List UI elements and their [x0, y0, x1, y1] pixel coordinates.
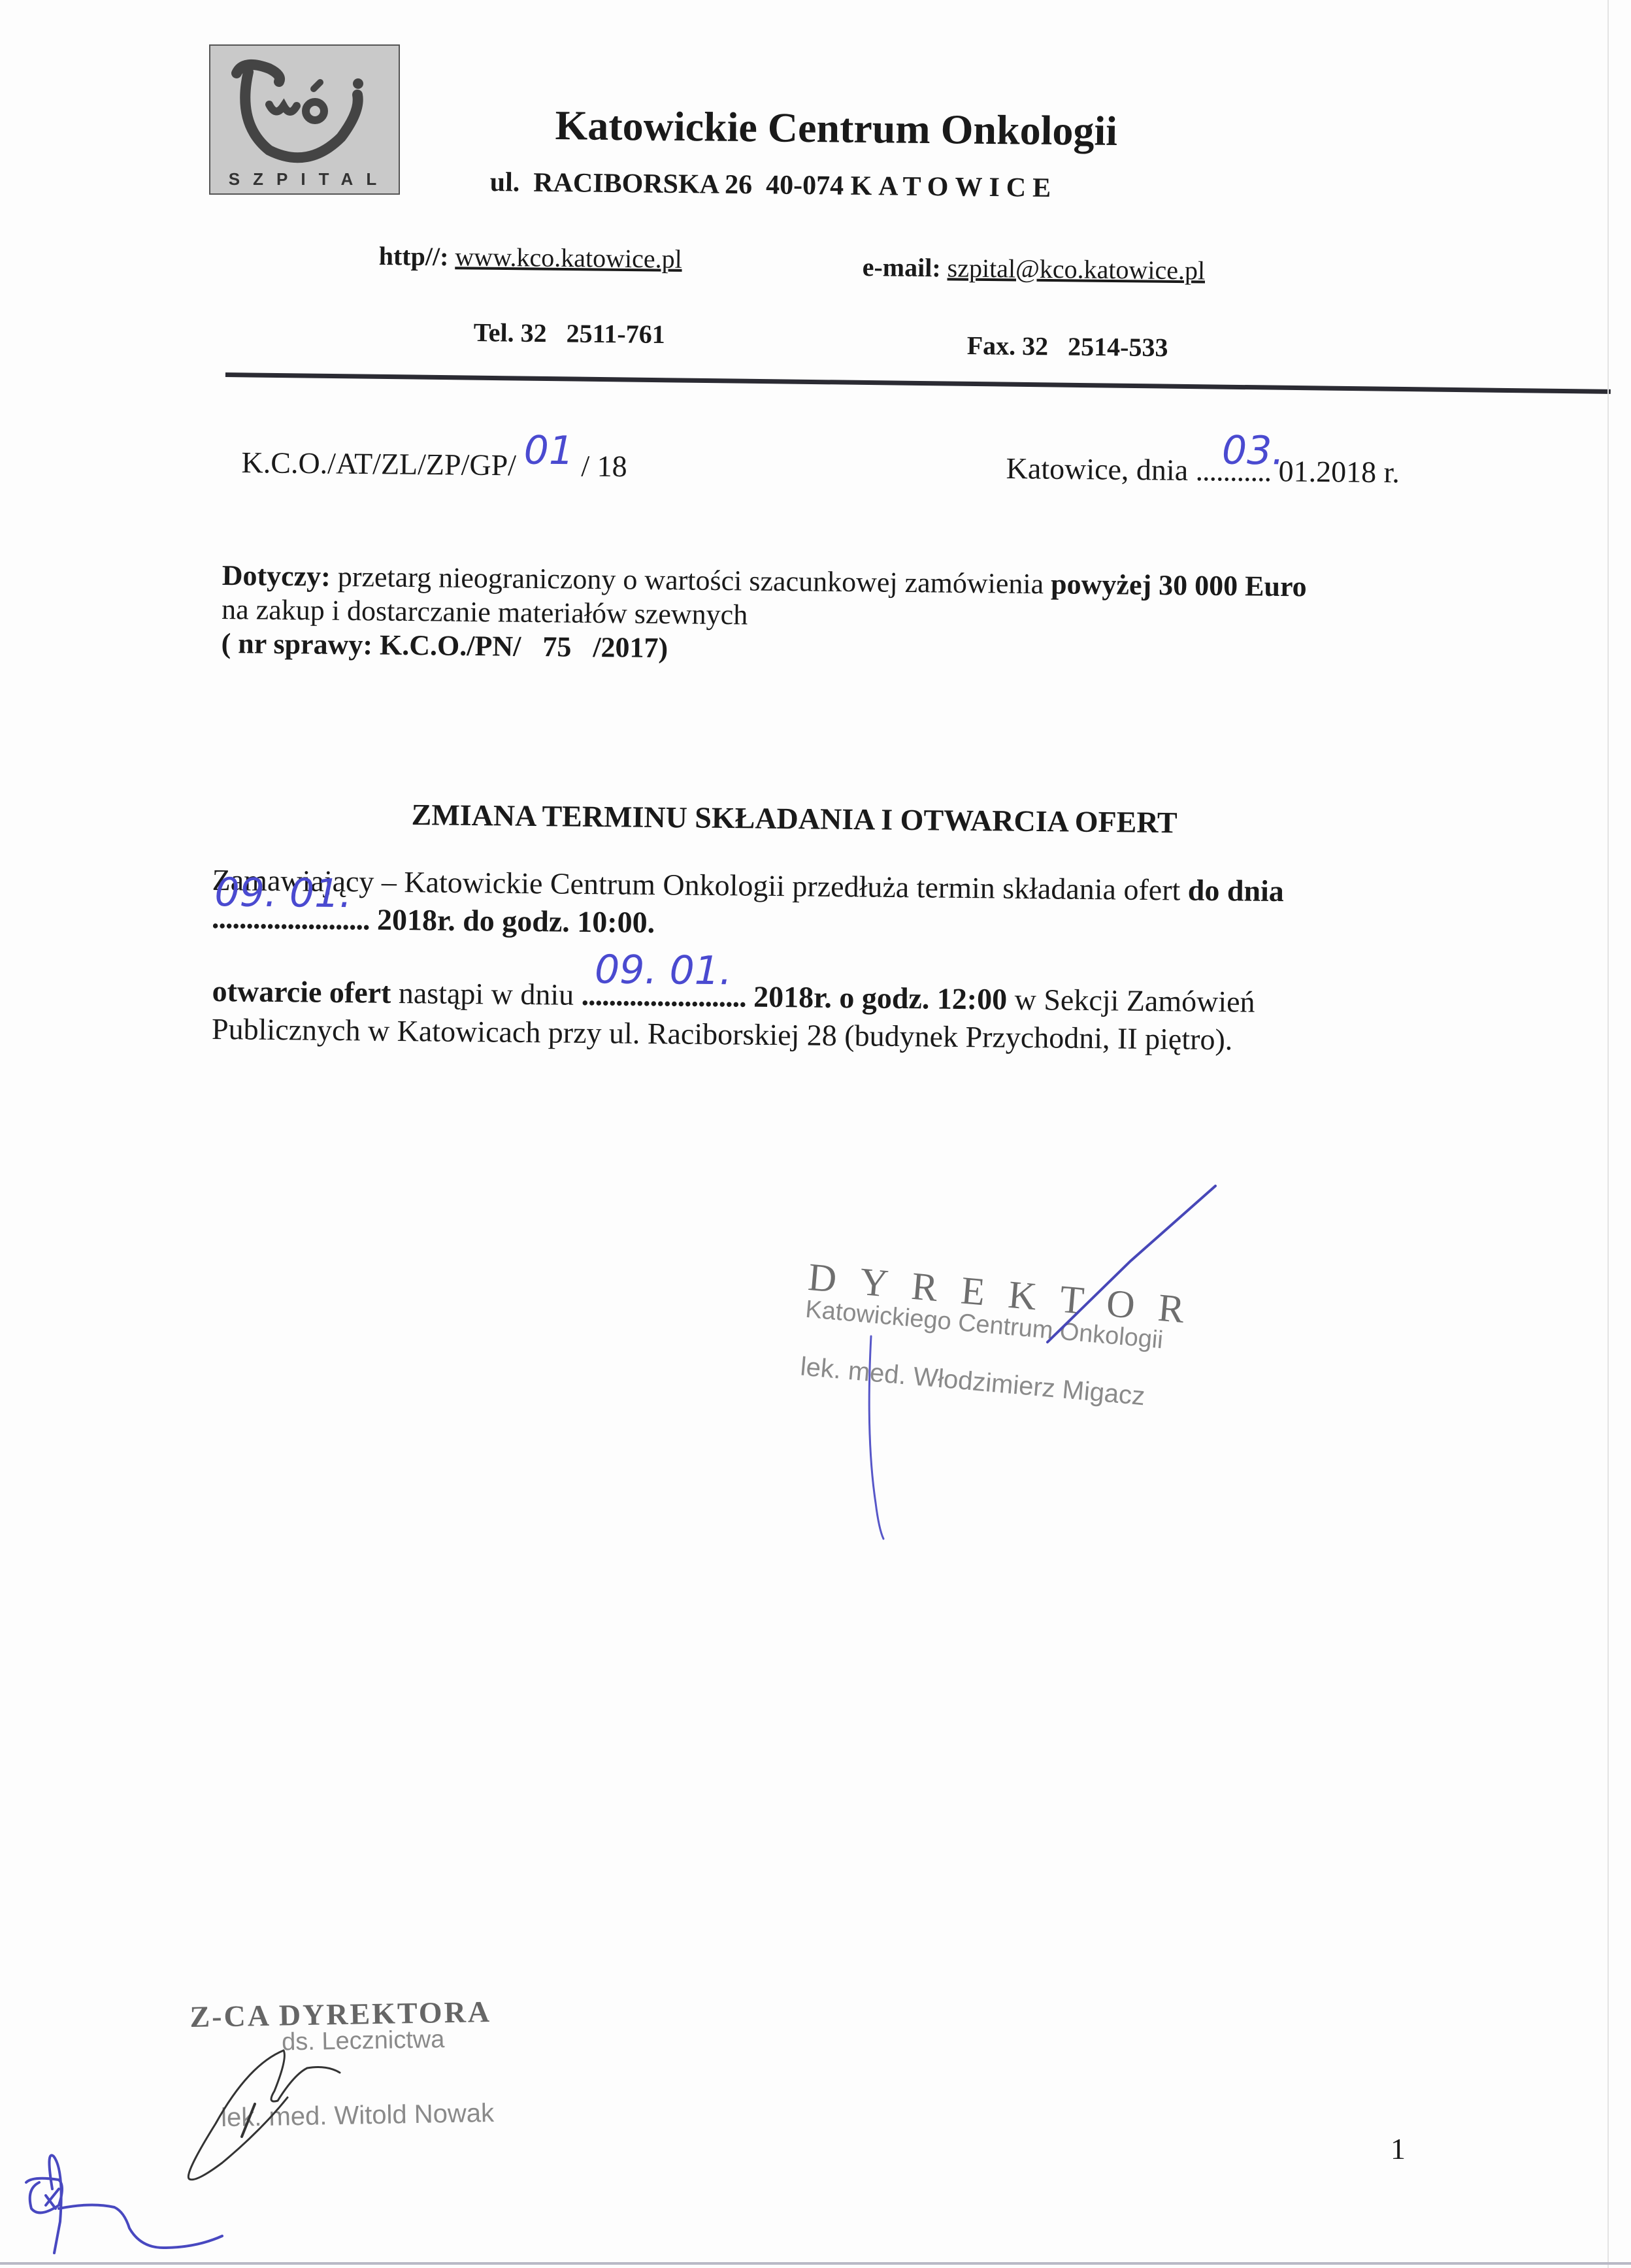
address-prefix: ul.	[490, 167, 520, 197]
initials-signature-icon	[26, 2156, 222, 2253]
organization-name: Katowickie Centrum Onkologii	[555, 101, 1117, 156]
handwritten-opening-date: 09. 01.	[595, 951, 733, 990]
handwritten-day: 03.	[1222, 427, 1285, 474]
opening-paragraph: otwarcie ofert nastąpi w dniu ..........…	[212, 972, 1255, 1059]
header-divider	[225, 372, 1611, 394]
email-link[interactable]: szpital@kco.katowice.pl	[947, 253, 1205, 285]
hospital-logo: SZPITAL	[209, 44, 400, 195]
date-prefix: Katowice, dnia	[1006, 452, 1188, 487]
website-label: http//:	[379, 241, 449, 271]
deputy-stamp-subtitle: ds. Lecznictwa	[282, 2025, 493, 2057]
email-label: e-mail:	[863, 252, 941, 282]
opening-date-field: ........................ 09. 01.	[581, 978, 753, 1013]
signatures-overlay	[0, 0, 1631, 2268]
date-day-field: ........... 03.	[1195, 453, 1279, 487]
opening-year-time: 2018r. o godz. 12:00	[753, 980, 1008, 1016]
subject-block: Dotyczy: przetarg nieograniczony o warto…	[221, 559, 1307, 672]
address-street: RACIBORSKA 26	[533, 168, 752, 201]
director-stamp-name: lek. med. Włodzimierz Migacz	[799, 1352, 1201, 1416]
deadline-bold: do dnia	[1188, 874, 1285, 908]
subject-value-threshold: powyżej 30 000 Euro	[1051, 568, 1307, 602]
handwritten-deadline-date: 09. 01.	[214, 874, 352, 913]
deadline-paragraph: Zamawiający – Katowickie Centrum Onkolog…	[212, 861, 1284, 948]
deputy-director-stamp: Z-CA DYREKTORA ds. Lecznictwa lek. med. …	[189, 1994, 494, 2133]
email-line: e-mail: szpital@kco.katowice.pl	[863, 252, 1206, 286]
document-title: ZMIANA TERMINU SKŁADANIA I OTWARCIA OFER…	[411, 797, 1177, 840]
subject-text: przetarg nieograniczony o wartości szacu…	[338, 561, 1044, 600]
scan-edge	[1607, 0, 1609, 2268]
website-line: http//: www.kco.katowice.pl	[379, 240, 682, 274]
date-line: Katowice, dnia ........... 03. 01.2018 r…	[1006, 451, 1400, 489]
opening-location-start: w Sekcji Zamówień	[1014, 983, 1255, 1019]
website-link[interactable]: www.kco.katowice.pl	[455, 242, 682, 274]
reference-number: K.C.O./AT/ZL/ZP/GP/ 01 / 18	[241, 436, 627, 486]
fax: Fax. 32 2514-533	[967, 330, 1168, 363]
handwritten-reference-number: 01	[523, 428, 574, 474]
reference-suffix: / 18	[581, 449, 627, 483]
telephone: Tel. 32 2511-761	[474, 317, 665, 350]
reference-prefix: K.C.O./AT/ZL/ZP/GP/	[241, 446, 516, 482]
date-suffix: 01.2018 r.	[1278, 454, 1400, 489]
address-city: KATOWICE	[850, 171, 1057, 203]
address-postcode: 40-074	[766, 170, 844, 201]
logo-caption: SZPITAL	[210, 169, 399, 189]
opening-bold: otwarcie ofert	[212, 974, 391, 1010]
deputy-stamp-name: lek. med. Witold Nowak	[221, 2099, 495, 2133]
organization-address: ul. RACIBORSKA 26 40-074 KATOWICE	[489, 167, 1057, 204]
page-number: 1	[1391, 2131, 1406, 2166]
director-stamp: DYREKTOR Katowickiego Centrum Onkologii …	[799, 1255, 1210, 1417]
deadline-year-time: 2018r. do godz. 10:00.	[377, 903, 655, 939]
subject-label: Dotyczy:	[222, 559, 331, 593]
opening-text: nastąpi w dniu	[399, 976, 574, 1011]
document-page: SZPITAL Katowickie Centrum Onkologii ul.…	[0, 0, 1631, 2268]
deadline-date-field: ....................... 09. 01.	[212, 901, 378, 936]
scan-bottom-edge	[0, 2262, 1631, 2265]
